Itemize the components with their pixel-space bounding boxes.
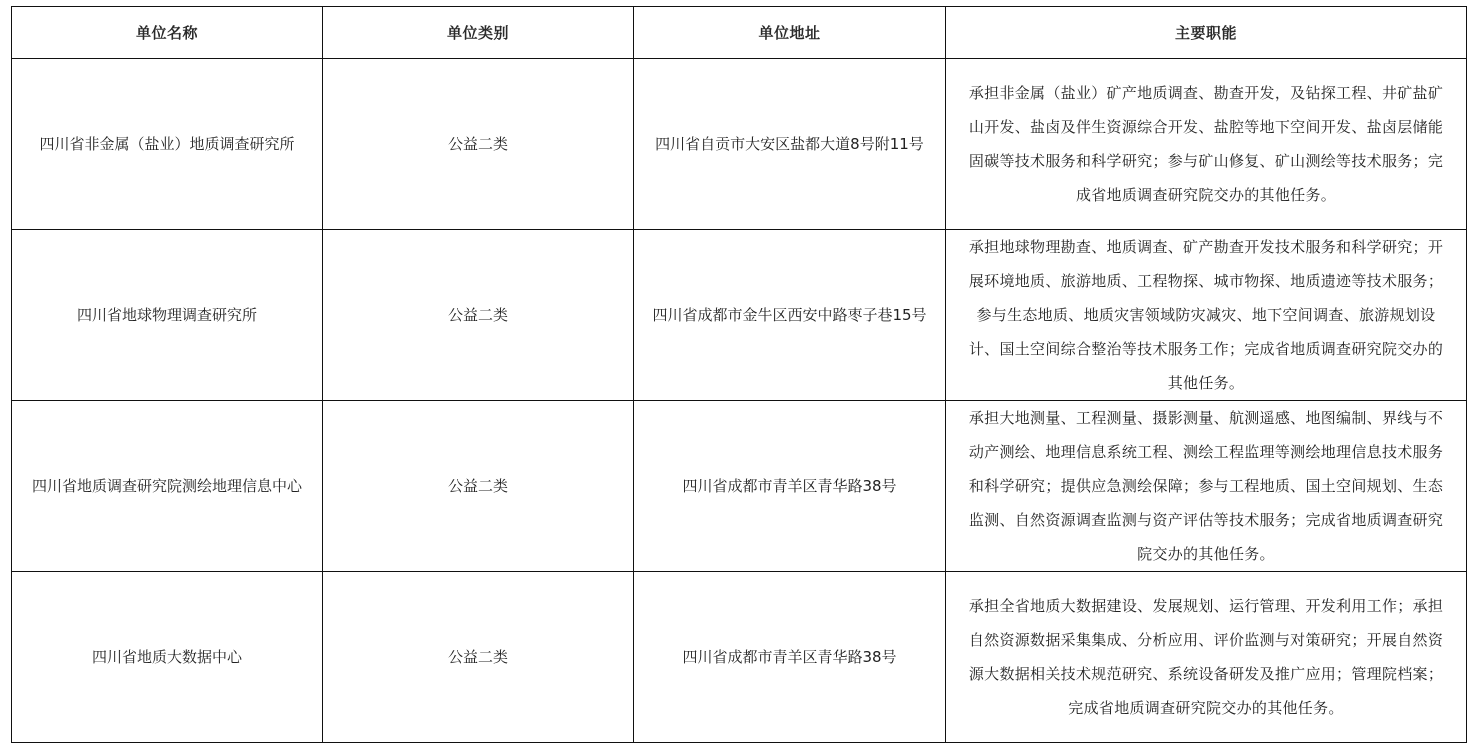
unit-category-cell: 公益二类 (323, 401, 634, 572)
unit-address-cell: 四川省成都市青羊区青华路38号 (634, 572, 946, 743)
header-unit-address: 单位地址 (634, 7, 946, 59)
unit-duties-cell: 承担地球物理勘查、地质调查、矿产勘查开发技术服务和科学研究；开展环境地质、旅游地… (946, 230, 1467, 401)
header-row: 单位名称 单位类别 单位地址 主要职能 (12, 7, 1467, 59)
unit-name-cell: 四川省地球物理调查研究所 (12, 230, 323, 401)
unit-duties-cell: 承担非金属（盐业）矿产地质调查、勘查开发，及钻探工程、井矿盐矿山开发、盐卤及伴生… (946, 59, 1467, 230)
unit-name-cell: 四川省非金属（盐业）地质调查研究所 (12, 59, 323, 230)
unit-duties-cell: 承担全省地质大数据建设、发展规划、运行管理、开发利用工作；承担自然资源数据采集集… (946, 572, 1467, 743)
unit-category-cell: 公益二类 (323, 230, 634, 401)
unit-address-cell: 四川省成都市金牛区西安中路枣子巷15号 (634, 230, 946, 401)
header-unit-name: 单位名称 (12, 7, 323, 59)
unit-name-cell: 四川省地质大数据中心 (12, 572, 323, 743)
header-main-duties: 主要职能 (946, 7, 1467, 59)
unit-category-cell: 公益二类 (323, 59, 634, 230)
header-unit-category: 单位类别 (323, 7, 634, 59)
units-table: 单位名称 单位类别 单位地址 主要职能 四川省非金属（盐业）地质调查研究所 公益… (11, 6, 1467, 743)
table-row: 四川省地质调查研究院测绘地理信息中心 公益二类 四川省成都市青羊区青华路38号 … (12, 401, 1467, 572)
unit-duties-cell: 承担大地测量、工程测量、摄影测量、航测遥感、地图编制、界线与不动产测绘、地理信息… (946, 401, 1467, 572)
unit-address-cell: 四川省成都市青羊区青华路38号 (634, 401, 946, 572)
table-row: 四川省地球物理调查研究所 公益二类 四川省成都市金牛区西安中路枣子巷15号 承担… (12, 230, 1467, 401)
unit-name-cell: 四川省地质调查研究院测绘地理信息中心 (12, 401, 323, 572)
unit-category-cell: 公益二类 (323, 572, 634, 743)
table-row: 四川省地质大数据中心 公益二类 四川省成都市青羊区青华路38号 承担全省地质大数… (12, 572, 1467, 743)
table-row: 四川省非金属（盐业）地质调查研究所 公益二类 四川省自贡市大安区盐都大道8号附1… (12, 59, 1467, 230)
unit-address-cell: 四川省自贡市大安区盐都大道8号附11号 (634, 59, 946, 230)
